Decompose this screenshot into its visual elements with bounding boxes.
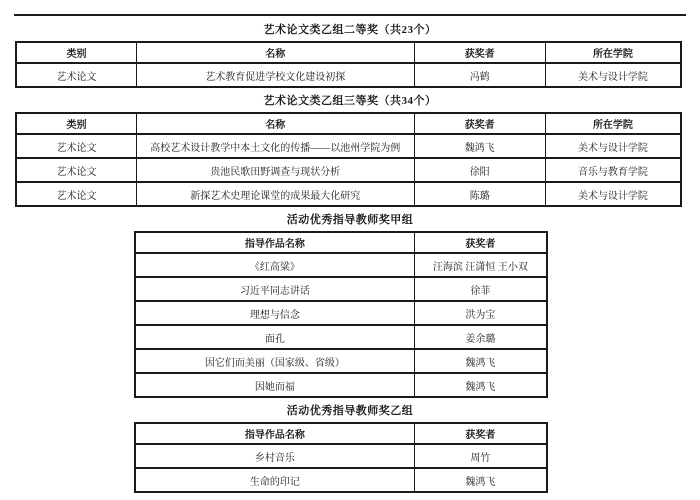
- table-row: 因它们而美丽（国家级、省级）魏鸿飞: [135, 349, 547, 373]
- table-header-cell: 获奖者: [414, 42, 545, 63]
- table-header-cell: 名称: [137, 113, 415, 134]
- table-row: 艺术论文高校艺术设计教学中本土文化的传播——以池州学院为例魏鸿飞美术与设计学院: [16, 134, 681, 158]
- table-header-cell: 类别: [16, 113, 137, 134]
- section-title: 艺术论文类乙组三等奖（共34个）: [0, 94, 700, 108]
- table-row: 艺术论文贵池民歌田野调查与现状分析徐阳音乐与教育学院: [16, 158, 681, 182]
- table-header-cell: 名称: [137, 42, 415, 63]
- table-cell: 徐阳: [414, 158, 545, 182]
- table-header-cell: 获奖者: [414, 423, 547, 444]
- table-row: 《红高粱》汪海滨 汪潇恒 王小双: [135, 253, 547, 277]
- table-cell: 新探艺术史理论课堂的成果最大化研究: [137, 182, 415, 206]
- table-cell: 贵池民歌田野调查与现状分析: [137, 158, 415, 182]
- table-header-cell: 所在学院: [545, 42, 681, 63]
- table-cell: 艺术论文: [16, 63, 137, 87]
- table-cell: 生命的印记: [135, 468, 414, 492]
- table-cell: 艺术论文: [16, 182, 137, 206]
- table-cell: 魏鸿飞: [414, 349, 547, 373]
- table-cell: 魏鸿飞: [414, 373, 547, 397]
- table-row: 艺术论文艺术教育促进学校文化建设初探冯鹤美术与设计学院: [16, 63, 681, 87]
- table-header-row: 类别名称获奖者所在学院: [16, 42, 681, 63]
- table-row: 因她而福魏鸿飞: [135, 373, 547, 397]
- table-cell: 冯鹤: [414, 63, 545, 87]
- table-header-cell: 获奖者: [414, 232, 547, 253]
- table-cell: 音乐与教育学院: [545, 158, 681, 182]
- award-table: 类别名称获奖者所在学院艺术论文高校艺术设计教学中本土文化的传播——以池州学院为例…: [15, 112, 682, 207]
- table-header-cell: 所在学院: [545, 113, 681, 134]
- table-cell: 乡村音乐: [135, 444, 414, 468]
- page-header-rule: [14, 14, 686, 16]
- table-cell: 美术与设计学院: [545, 134, 681, 158]
- table-cell: 洪为宝: [414, 301, 547, 325]
- table-cell: 徐菲: [414, 277, 547, 301]
- table-cell: 理想与信念: [135, 301, 414, 325]
- table-cell: 面孔: [135, 325, 414, 349]
- section-title: 活动优秀指导教师奖乙组: [0, 404, 700, 418]
- table-cell: 魏鸿飞: [414, 134, 545, 158]
- award-table: 指导作品名称获奖者《红高粱》汪海滨 汪潇恒 王小双习近平同志讲话徐菲理想与信念洪…: [134, 231, 548, 398]
- section-title: 艺术论文类乙组二等奖（共23个）: [0, 23, 700, 37]
- table-row: 艺术论文新探艺术史理论课堂的成果最大化研究陈璐美术与设计学院: [16, 182, 681, 206]
- table-header-row: 类别名称获奖者所在学院: [16, 113, 681, 134]
- document-page: 艺术论文类乙组二等奖（共23个）类别名称获奖者所在学院艺术论文艺术教育促进学校文…: [0, 0, 700, 500]
- table-row: 乡村音乐周竹: [135, 444, 547, 468]
- table-cell: 美术与设计学院: [545, 182, 681, 206]
- table-cell: 因它们而美丽（国家级、省级）: [135, 349, 414, 373]
- table-cell: 魏鸿飞: [414, 468, 547, 492]
- table-cell: 艺术教育促进学校文化建设初探: [137, 63, 415, 87]
- section-title: 活动优秀指导教师奖甲组: [0, 213, 700, 227]
- table-header-cell: 类别: [16, 42, 137, 63]
- table-header-cell: 指导作品名称: [135, 423, 414, 444]
- table-cell: 习近平同志讲话: [135, 277, 414, 301]
- table-header-cell: 指导作品名称: [135, 232, 414, 253]
- table-cell: 汪海滨 汪潇恒 王小双: [414, 253, 547, 277]
- table-cell: 美术与设计学院: [545, 63, 681, 87]
- table-header-row: 指导作品名称获奖者: [135, 423, 547, 444]
- table-cell: 艺术论文: [16, 134, 137, 158]
- table-row: 生命的印记魏鸿飞: [135, 468, 547, 492]
- table-row: 习近平同志讲话徐菲: [135, 277, 547, 301]
- award-table: 指导作品名称获奖者乡村音乐周竹生命的印记魏鸿飞: [134, 422, 548, 493]
- table-row: 理想与信念洪为宝: [135, 301, 547, 325]
- table-cell: 周竹: [414, 444, 547, 468]
- table-header-row: 指导作品名称获奖者: [135, 232, 547, 253]
- table-cell: 陈璐: [414, 182, 545, 206]
- table-cell: 艺术论文: [16, 158, 137, 182]
- table-cell: 《红高粱》: [135, 253, 414, 277]
- table-cell: 因她而福: [135, 373, 414, 397]
- table-cell: 姜余璐: [414, 325, 547, 349]
- table-header-cell: 获奖者: [414, 113, 545, 134]
- award-table: 类别名称获奖者所在学院艺术论文艺术教育促进学校文化建设初探冯鹤美术与设计学院: [15, 41, 682, 88]
- table-cell: 高校艺术设计教学中本土文化的传播——以池州学院为例: [137, 134, 415, 158]
- document-body: 艺术论文类乙组二等奖（共23个）类别名称获奖者所在学院艺术论文艺术教育促进学校文…: [0, 23, 700, 493]
- table-row: 面孔姜余璐: [135, 325, 547, 349]
